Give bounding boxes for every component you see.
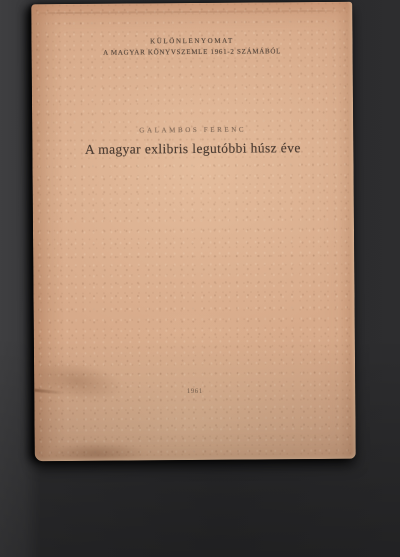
publication-year: 1961 xyxy=(34,386,355,397)
paper-crease-smudge xyxy=(34,346,162,423)
photo-backdrop: KÜLÖNLENYOMAT A MAGYAR KÖNYVSZEMLE 1961-… xyxy=(0,0,400,557)
author-name: GALAMBOS FERENC xyxy=(32,125,353,136)
cover-fold-line xyxy=(31,10,352,15)
offprint-label: KÜLÖNLENYOMAT xyxy=(31,36,352,47)
cover-title: A magyar exlibris legutóbbi húsz éve xyxy=(32,140,353,159)
corner-shadow xyxy=(53,432,163,459)
journal-source-line: A MAGYAR KÖNYVSZEMLE 1961-2 SZÁMÁBÓL xyxy=(32,47,353,58)
booklet-cover: KÜLÖNLENYOMAT A MAGYAR KÖNYVSZEMLE 1961-… xyxy=(31,2,356,462)
